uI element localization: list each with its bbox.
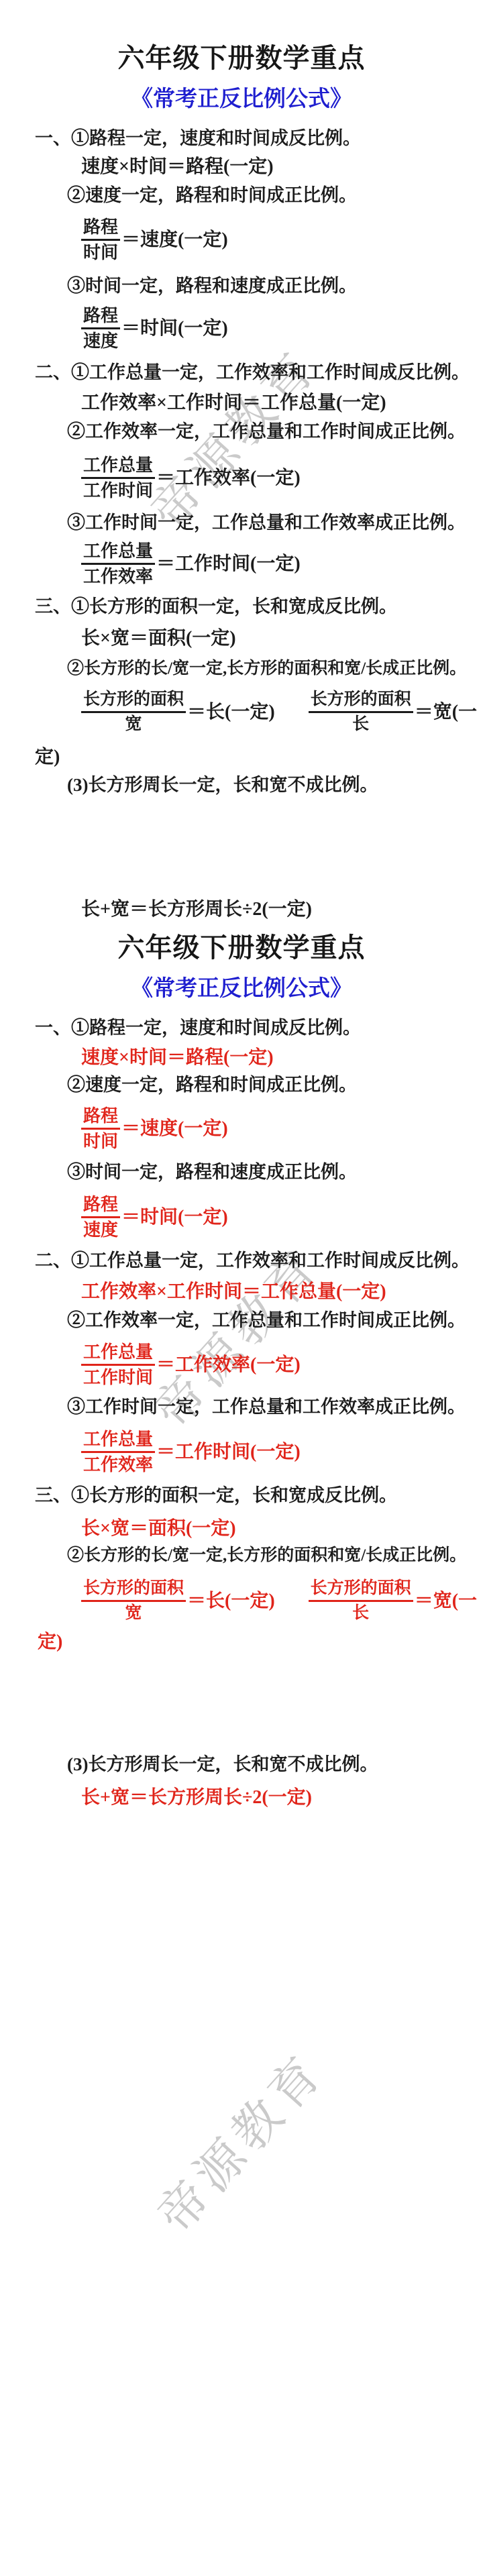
p1-section2-item2: ②工作效率一定，工作总量和工作时间成正比例。: [67, 421, 466, 443]
fraction-rhs: ＝速度(一定): [121, 1117, 228, 1140]
fraction-numerator: 工作总量: [81, 455, 155, 479]
p2-section1-item3: ③时间一定，路程和速度成正比例。: [67, 1161, 357, 1184]
p1-fraction-work-time: 工作总量 工作时间 ＝工作效率(一定): [81, 455, 301, 501]
fraction: 长方形的面积 长: [309, 1578, 413, 1623]
fraction-denominator: 速度: [83, 1218, 118, 1240]
fraction-numerator: 长方形的面积: [81, 1578, 186, 1602]
p2-fraction-area-row: 长方形的面积 宽 ＝长(一定) 长方形的面积 长 ＝宽(一: [81, 1578, 477, 1623]
fraction: 长方形的面积 宽: [81, 690, 186, 735]
fraction-denominator: 长: [352, 1602, 369, 1623]
p2-fraction-distance-time: 路程 时间 ＝速度(一定): [81, 1106, 228, 1152]
p1-section1-item2: ②速度一定，路程和时间成正比例。: [67, 184, 357, 207]
fraction-numerator: 工作总量: [81, 1429, 155, 1453]
page1-title: 六年级下册数学重点: [0, 42, 483, 75]
p2-fraction-work-efficiency: 工作总量 工作效率 ＝工作时间(一定): [81, 1429, 301, 1475]
p1-fraction-area-row: 长方形的面积 宽 ＝长(一定) 长方形的面积 长 ＝宽(一: [81, 690, 477, 735]
p2-formula-perimeter: 长+宽＝长方形周长÷2(一定): [81, 1786, 312, 1809]
p1-fraction-distance-time: 路程 时间 ＝速度(一定): [81, 217, 228, 263]
fraction-rhs: ＝工作时间(一定): [156, 552, 301, 576]
p1-fraction-work-efficiency: 工作总量 工作效率 ＝工作时间(一定): [81, 541, 301, 587]
p1-section3-item2: ②长方形的长/宽一定,长方形的面积和宽/长成正比例。: [67, 658, 466, 679]
p2-wrap-continuation: 定): [38, 1630, 62, 1654]
fraction: 工作总量 工作效率: [81, 541, 155, 587]
fraction: 路程 时间: [81, 217, 120, 263]
fraction-denominator: 时间: [83, 241, 118, 263]
p2-section1-heading: 一、①路程一定，速度和时间成反比例。: [35, 1017, 361, 1040]
fraction-rhs: ＝工作时间(一定): [156, 1440, 301, 1464]
fraction-rhs: ＝长(一定): [187, 1589, 275, 1613]
fraction-denominator: 宽: [125, 713, 142, 735]
fraction-numerator: 路程: [81, 1194, 120, 1218]
p2-fraction-work-time: 工作总量 工作时间 ＝工作效率(一定): [81, 1342, 301, 1388]
fraction-denominator: 工作效率: [83, 1453, 153, 1475]
fraction-numerator: 长方形的面积: [309, 1578, 413, 1602]
page2-subtitle: 《常考正反比例公式》: [0, 974, 483, 1002]
document-page: 帝源教育 帝源教育 帝源教育 六年级下册数学重点 《常考正反比例公式》 一、①路…: [0, 0, 483, 2576]
p2-section2-item3: ③工作时间一定，工作总量和工作效率成正比例。: [67, 1396, 466, 1419]
page2-title: 六年级下册数学重点: [0, 931, 483, 965]
fraction-rhs: ＝宽(一: [415, 1589, 477, 1613]
p1-wrap-continuation: 定): [35, 745, 60, 769]
fraction-rhs: ＝工作效率(一定): [156, 466, 301, 490]
fraction-denominator: 工作效率: [83, 565, 153, 587]
p2-formula-work: 工作效率×工作时间＝工作总量(一定): [81, 1280, 386, 1303]
fraction-numerator: 路程: [81, 1106, 120, 1130]
p1-section1-item3: ③时间一定，路程和速度成正比例。: [67, 275, 357, 298]
fraction-rhs: ＝时间(一定): [121, 317, 228, 340]
fraction-numerator: 工作总量: [81, 1342, 155, 1366]
p2-fraction-distance-speed: 路程 速度 ＝时间(一定): [81, 1194, 228, 1240]
p1-section1-heading: 一、①路程一定，速度和时间成反比例。: [35, 127, 361, 150]
p1-fraction-distance-speed: 路程 速度 ＝时间(一定): [81, 305, 228, 352]
p1-formula-speed-time: 速度×时间＝路程(一定): [81, 155, 274, 178]
fraction: 长方形的面积 长: [309, 690, 413, 735]
fraction-rhs: ＝时间(一定): [121, 1205, 228, 1229]
p2-section3-item2: ②长方形的长/宽一定,长方形的面积和宽/长成正比例。: [67, 1545, 466, 1566]
p1-section2-heading: 二、①工作总量一定，工作效率和工作时间成反比例。: [35, 362, 470, 384]
fraction-numerator: 长方形的面积: [81, 690, 186, 713]
fraction: 长方形的面积 宽: [81, 1578, 186, 1623]
fraction-numerator: 路程: [81, 217, 120, 241]
fraction-rhs: ＝工作效率(一定): [156, 1353, 301, 1377]
p1-formula-perimeter: 长+宽＝长方形周长÷2(一定): [81, 898, 312, 921]
fraction: 路程 速度: [81, 305, 120, 352]
fraction-denominator: 速度: [83, 329, 118, 352]
page1-subtitle: 《常考正反比例公式》: [0, 85, 483, 112]
fraction: 路程 时间: [81, 1106, 120, 1152]
fraction-numerator: 长方形的面积: [309, 690, 413, 713]
fraction-denominator: 宽: [125, 1602, 142, 1623]
p2-section3-heading: 三、①长方形的面积一定，长和宽成反比例。: [35, 1485, 397, 1507]
p2-section2-item2: ②工作效率一定，工作总量和工作时间成正比例。: [67, 1309, 466, 1332]
fraction-rhs: ＝宽(一: [415, 700, 477, 724]
fraction-numerator: 工作总量: [81, 541, 155, 565]
fraction: 路程 速度: [81, 1194, 120, 1240]
fraction-rhs: ＝速度(一定): [121, 228, 228, 252]
fraction: 工作总量 工作时间: [81, 1342, 155, 1388]
p1-section3-heading: 三、①长方形的面积一定，长和宽成反比例。: [35, 596, 397, 619]
p1-formula-work: 工作效率×工作时间＝工作总量(一定): [81, 391, 386, 415]
p2-section2-heading: 二、①工作总量一定，工作效率和工作时间成反比例。: [35, 1250, 470, 1273]
p2-formula-speed-time: 速度×时间＝路程(一定): [81, 1046, 274, 1069]
fraction-denominator: 时间: [83, 1130, 118, 1152]
fraction-denominator: 工作时间: [83, 479, 153, 501]
fraction-denominator: 长: [352, 713, 369, 735]
fraction: 工作总量 工作时间: [81, 455, 155, 501]
p2-section1-item2: ②速度一定，路程和时间成正比例。: [67, 1074, 357, 1097]
p1-section2-item3: ③工作时间一定，工作总量和工作效率成正比例。: [67, 512, 466, 535]
watermark-text-3: 帝源教育: [139, 2035, 338, 2245]
p1-section3-item3: (3)长方形周长一定，长和宽不成比例。: [67, 774, 378, 797]
p2-section3-item3: (3)长方形周长一定，长和宽不成比例。: [67, 1754, 378, 1776]
fraction-rhs: ＝长(一定): [187, 700, 275, 724]
p1-formula-area: 长×宽＝面积(一定): [81, 627, 236, 650]
fraction-numerator: 路程: [81, 305, 120, 329]
fraction-denominator: 工作时间: [83, 1366, 153, 1388]
fraction: 工作总量 工作效率: [81, 1429, 155, 1475]
p2-formula-area: 长×宽＝面积(一定): [81, 1517, 236, 1540]
